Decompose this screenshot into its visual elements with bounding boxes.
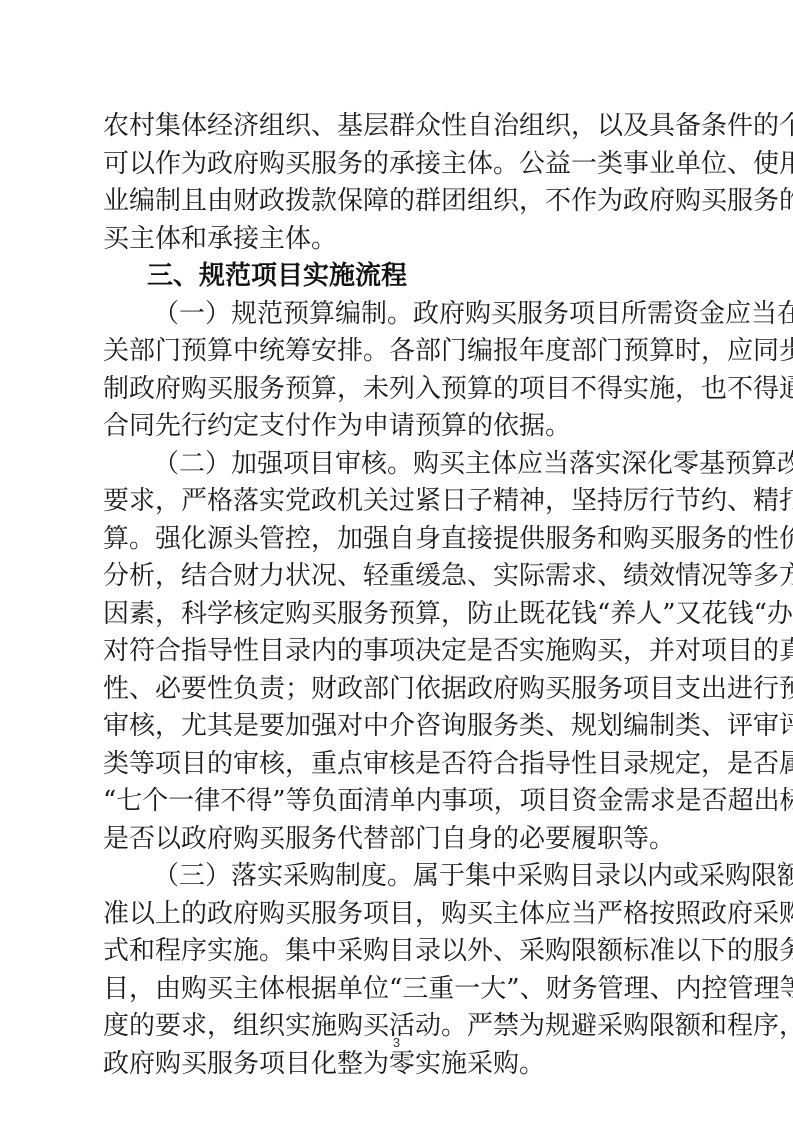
text-line: 关部门预算中统筹安排。各部门编报年度部门预算时，应同步编 [103, 333, 693, 371]
text-line: 审核，尤其是要加强对中介咨询服务类、规划编制类、评审评估 [103, 708, 693, 746]
text-line: 合同先行约定支付作为申请预算的依据。 [103, 408, 693, 446]
text-line: （二）加强项目审核。购买主体应当落实深化零基预算改革 [103, 446, 693, 484]
text-line: 可以作为政府购买服务的承接主体。公益一类事业单位、使用事 [103, 146, 693, 184]
text-line: 目，由购买主体根据单位“三重一大”、财务管理、内控管理等制 [103, 971, 693, 1009]
text-line: 对符合指导性目录内的事项决定是否实施购买，并对项目的真实 [103, 633, 693, 671]
paragraph-budget-preparation: （一）规范预算编制。政府购买服务项目所需资金应当在相 关部门预算中统筹安排。各部… [103, 296, 693, 446]
text-line: 算。强化源头管控，加强自身直接提供服务和购买服务的性价比 [103, 521, 693, 559]
section-heading: 三、规范项目实施流程 [103, 258, 693, 296]
text-line: 要求，严格落实党政机关过紧日子精神，坚持厉行节约、精打细 [103, 483, 693, 521]
text-line: 农村集体经济组织、基层群众性自治组织，以及具备条件的个人 [103, 108, 693, 146]
text-line: 式和程序实施。集中采购目录以外、采购限额标准以下的服务项 [103, 933, 693, 971]
text-line: 性、必要性负责；财政部门依据政府购买服务项目支出进行预算 [103, 671, 693, 709]
text-line: 业编制且由财政拨款保障的群团组织，不作为政府购买服务的购 [103, 183, 693, 221]
text-line: 政府购买服务项目化整为零实施采购。 [103, 1046, 693, 1084]
paragraph-project-review: （二）加强项目审核。购买主体应当落实深化零基预算改革 要求，严格落实党政机关过紧… [103, 446, 693, 859]
text-line: （三）落实采购制度。属于集中采购目录以内或采购限额标 [103, 858, 693, 896]
document-page: 农村集体经济组织、基层群众性自治组织，以及具备条件的个人 可以作为政府购买服务的… [103, 108, 693, 1083]
text-line: 买主体和承接主体。 [103, 221, 693, 259]
text-line: 准以上的政府购买服务项目，购买主体应当严格按照政府采购方 [103, 896, 693, 934]
paragraph-continuation: 农村集体经济组织、基层群众性自治组织，以及具备条件的个人 可以作为政府购买服务的… [103, 108, 693, 258]
text-line: （一）规范预算编制。政府购买服务项目所需资金应当在相 [103, 296, 693, 334]
page-number: 3 [0, 1035, 793, 1050]
text-line: 是否以政府购买服务代替部门自身的必要履职等。 [103, 821, 693, 859]
text-line: 类等项目的审核，重点审核是否符合指导性目录规定，是否属于 [103, 746, 693, 784]
text-line: 分析，结合财力状况、轻重缓急、实际需求、绩效情况等多方面 [103, 558, 693, 596]
text-line: “七个一律不得”等负面清单内事项，项目资金需求是否超出标准， [103, 783, 693, 821]
text-line: 制政府购买服务预算，未列入预算的项目不得实施，也不得通过 [103, 371, 693, 409]
text-line: 因素，科学核定购买服务预算，防止既花钱“养人”又花钱“办事”。 [103, 596, 693, 634]
